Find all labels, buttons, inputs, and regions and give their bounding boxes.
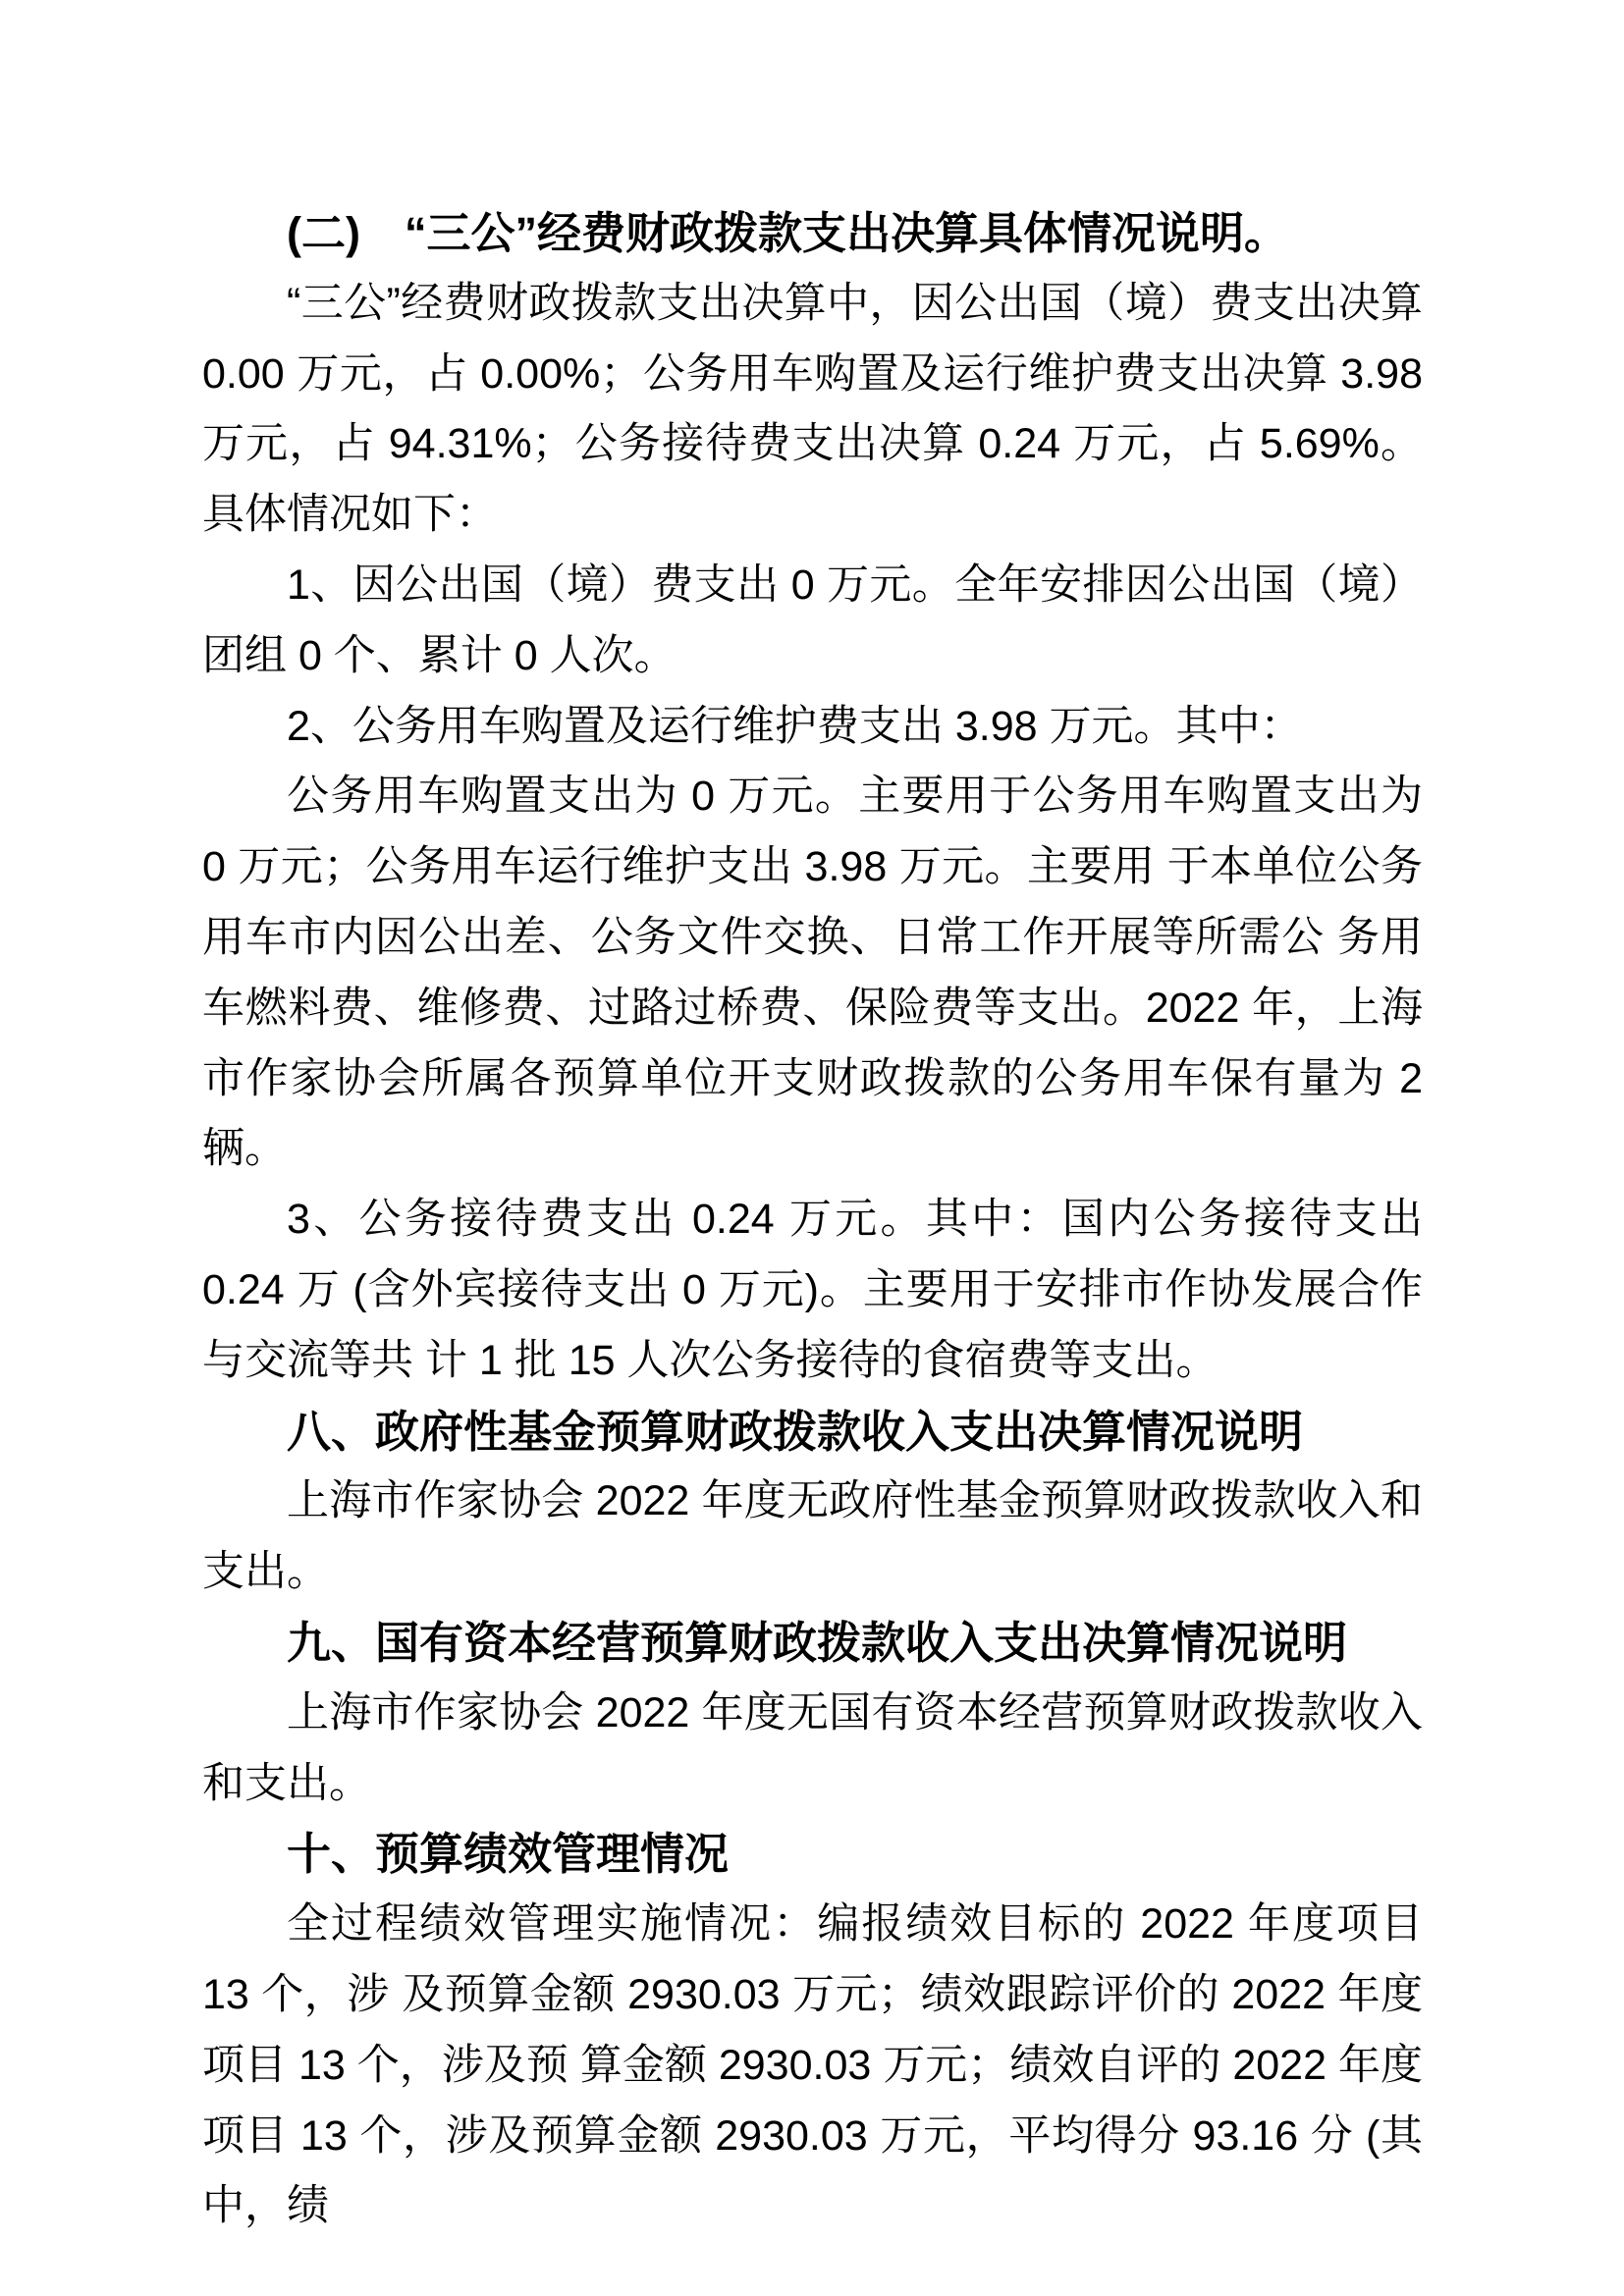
paragraph-three-public-overview: “三公”经费财政拨款支出决算中，因公出国（境）费支出决算 0.00 万元，占 0… xyxy=(202,269,1423,551)
paragraph-item-1-overseas-trips: 1、因公出国（境）费支出 0 万元。全年安排因公出国（境）团组 0 个、累计 0… xyxy=(202,551,1423,692)
paragraph-item-3-official-reception: 3、公务接待费支出 0.24 万元。其中：国内公务接待支出 0.24 万 (含外… xyxy=(202,1185,1423,1396)
paragraph-performance-management: 全过程绩效管理实施情况：编报绩效目标的 2022 年度项目 13 个，涉 及预算… xyxy=(202,1890,1423,2242)
document-text-block: (二) “三公”经费财政拨款支出决算具体情况说明。 “三公”经费财政拨款支出决算… xyxy=(202,198,1423,2242)
section-heading-three-public-funds: (二) “三公”经费财政拨款支出决算具体情况说明。 xyxy=(202,198,1423,269)
paragraph-item-2-official-vehicles: 2、公务用车购置及运行维护费支出 3.98 万元。其中： xyxy=(202,692,1423,763)
paragraph-government-fund-statement: 上海市作家协会 2022 年度无政府性基金预算财政拨款收入和支出。 xyxy=(202,1467,1423,1608)
section-heading-state-capital-budget: 九、国有资本经营预算财政拨款收入支出决算情况说明 xyxy=(202,1608,1423,1679)
document-page: (二) “三公”经费财政拨款支出决算具体情况说明。 “三公”经费财政拨款支出决算… xyxy=(0,0,1624,2296)
section-heading-government-fund-budget: 八、政府性基金预算财政拨款收入支出决算情况说明 xyxy=(202,1397,1423,1468)
paragraph-state-capital-statement: 上海市作家协会 2022 年度无国有资本经营预算财政拨款收入和支出。 xyxy=(202,1679,1423,1820)
paragraph-vehicle-expense-details: 公务用车购置支出为 0 万元。主要用于公务用车购置支出为 0 万元；公务用车运行… xyxy=(202,762,1423,1185)
section-heading-budget-performance: 十、预算绩效管理情况 xyxy=(202,1819,1423,1890)
